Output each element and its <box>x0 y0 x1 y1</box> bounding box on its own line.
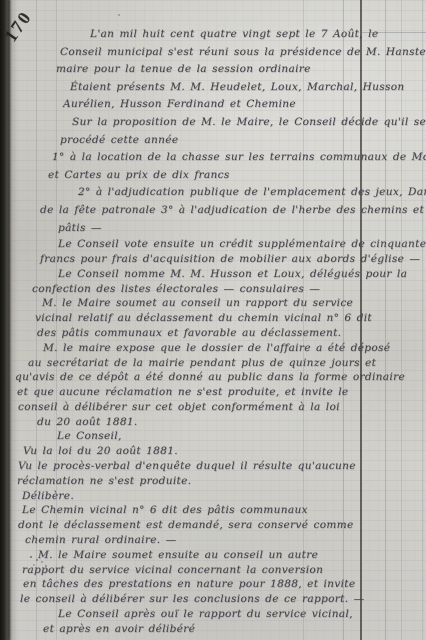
manuscript-line: 2° à l'adjudication publique de l'emplac… <box>78 184 422 202</box>
manuscript-line: Le Conseil, <box>57 429 422 444</box>
manuscript-line: L'an mil huit cent quatre vingt sept le … <box>90 26 422 44</box>
manuscript-line: conseil à délibérer sur cet objet confor… <box>18 400 422 415</box>
manuscript-line: en tâches des prestations en nature pour… <box>23 577 422 592</box>
manuscript-text: L'an mil huit cent quatre vingt sept le … <box>0 0 426 640</box>
manuscript-line: 1° à la location de la chasse sur les te… <box>52 149 422 167</box>
manuscript-line: dont le déclassement est demandé, sera c… <box>18 518 422 533</box>
manuscript-line: Étaient présents M. M. Heudelet, Loux, M… <box>70 79 422 97</box>
manuscript-line: procédé cette année <box>60 132 422 150</box>
manuscript-line: Conseil municipal s'est réuni sous la pr… <box>60 44 422 62</box>
ink-speckles <box>30 556 32 558</box>
manuscript-line: Vu la loi du 20 août 1881. <box>23 444 422 459</box>
manuscript-line: Sur la proposition de M. le Maire, le Co… <box>72 114 422 132</box>
manuscript-line: M. le maire expose que le dossier de l'a… <box>43 341 422 356</box>
manuscript-line: et que aucune réclamation ne s'est produ… <box>17 385 422 400</box>
manuscript-line: Vu le procès-verbal d'enquête duquel il … <box>18 459 422 474</box>
manuscript-line: qu'avis de ce dépôt a été donné au publi… <box>15 370 422 385</box>
manuscript-line: Aurélien, Husson Ferdinand et Chemine <box>63 96 422 114</box>
manuscript-line: Le Chemin vicinal n° 6 dit des pâtis com… <box>22 503 422 518</box>
manuscript-line: confection des listes électorales — cons… <box>32 282 422 297</box>
manuscript-line: rapport du service vicinal concernant la… <box>22 563 422 578</box>
manuscript-line: vicinal relatif au déclassement du chemi… <box>35 311 422 326</box>
manuscript-line: réclamation ne s'est produite. <box>17 474 422 489</box>
manuscript-line: du 20 août 1881. <box>37 415 422 430</box>
manuscript-line: et après en avoir délibéré <box>43 622 422 637</box>
manuscript-line: Le Conseil nomme M. M. Husson et Loux, d… <box>58 267 422 282</box>
manuscript-line: M. le Maire soumet ensuite au conseil un… <box>38 548 422 563</box>
manuscript-line: des pâtis communaux et favorable au décl… <box>37 326 422 341</box>
manuscript-line: maire pour la tenue de la session ordina… <box>56 61 422 79</box>
manuscript-line: Le Conseil après ouï le rapport du servi… <box>58 607 422 622</box>
manuscript-line: le conseil à délibérer sur les conclusio… <box>20 592 422 607</box>
manuscript-line: M. le Maire soumet au conseil un rapport… <box>42 296 422 311</box>
manuscript-line: de la fête patronale 3° à l'adjudication… <box>40 202 422 220</box>
manuscript-line: chemin rural ordinaire. — <box>25 533 422 548</box>
manuscript-line: francs pour frais d'acquisition de mobil… <box>40 252 422 267</box>
manuscript-line: et Cartes au prix de dix francs <box>48 167 422 185</box>
scanned-register-page: 170 L'an mil huit cent quatre vingt sept… <box>0 0 426 640</box>
manuscript-line: Délibère. <box>22 489 422 504</box>
manuscript-line: au secrétariat de la mairie pendant plus… <box>28 356 422 371</box>
manuscript-line: pâtis — <box>58 220 422 238</box>
manuscript-line: Le Conseil vote ensuite un crédit supplé… <box>58 237 422 252</box>
